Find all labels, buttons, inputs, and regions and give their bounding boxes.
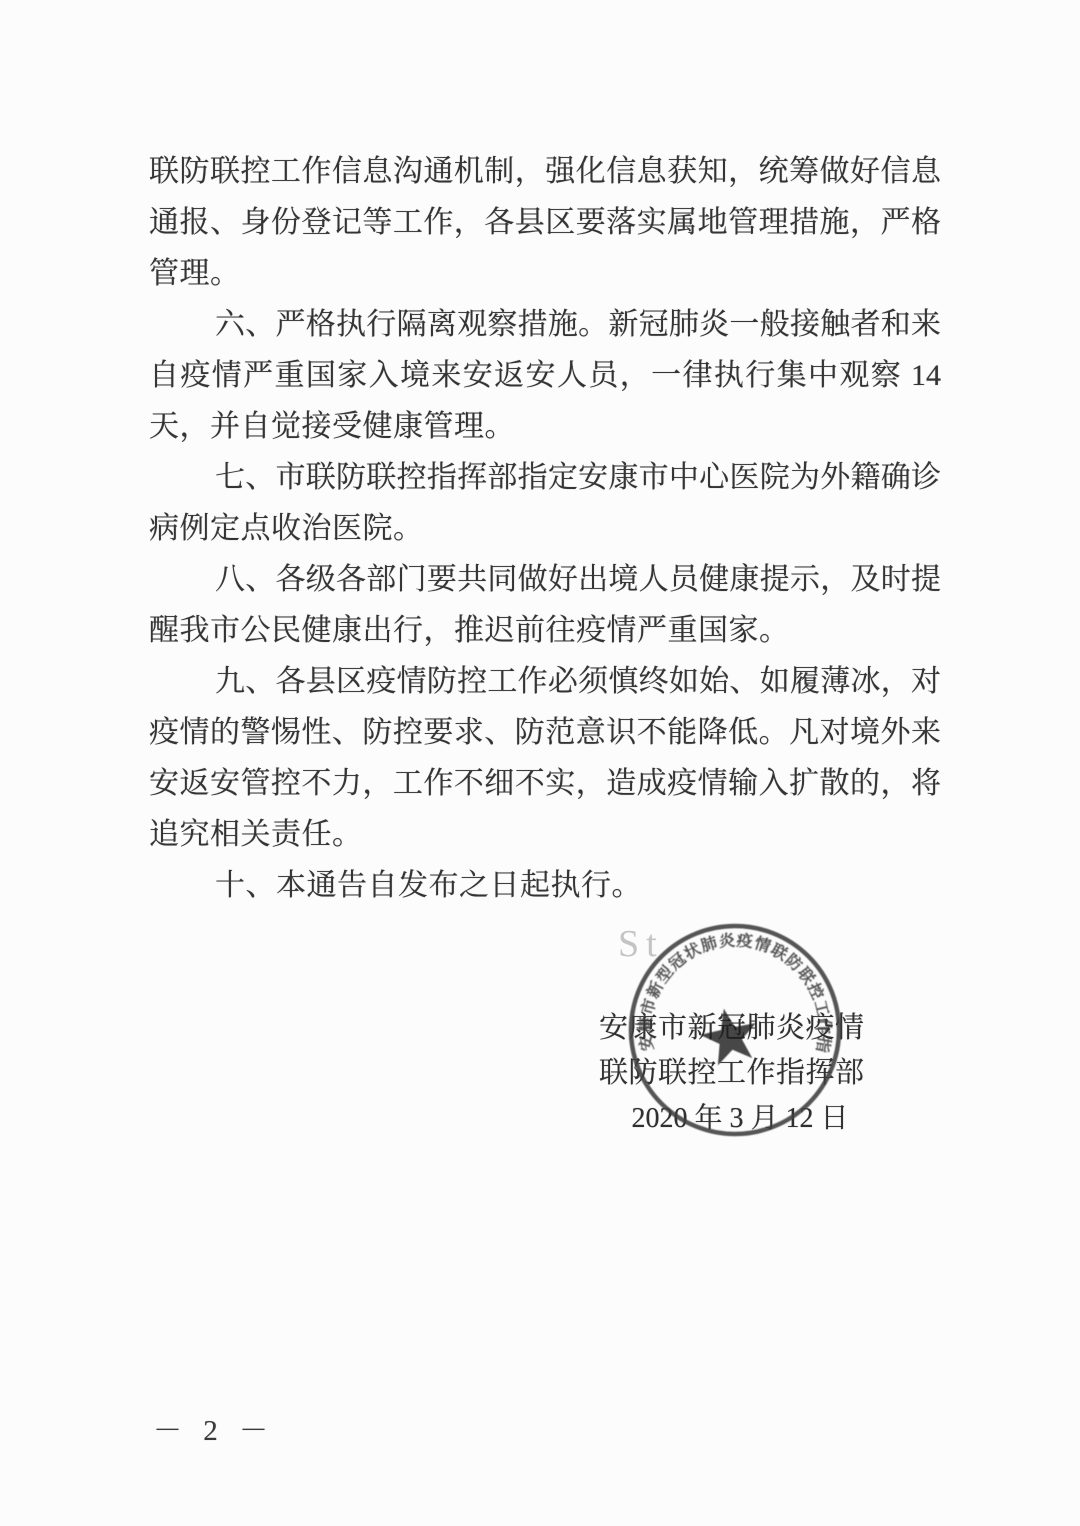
body-text-line: 天，并自觉接受健康管理。: [149, 401, 941, 452]
body-text-line: 安返安管控不力，工作不细不实，造成疫情输入扩散的，将: [149, 758, 941, 809]
body-text-line: 联防联控工作信息沟通机制，强化信息获知，统筹做好信息: [149, 146, 941, 197]
scanned-document-page: 联防联控工作信息沟通机制，强化信息获知，统筹做好信息通报、身份登记等工作，各县区…: [0, 0, 1080, 1526]
star-icon: [696, 1003, 763, 1068]
body-text-line: 七、市联防联控指挥部指定安康市中心医院为外籍确诊: [149, 452, 941, 503]
body-text-line: 疫情的警惕性、防控要求、防范意识不能降低。凡对境外来: [149, 707, 941, 758]
body-text-line: 十、本通告自发布之日起执行。: [149, 860, 941, 911]
body-text-line: 病例定点收治医院。: [149, 503, 941, 554]
body-text-line: 追究相关责任。: [149, 809, 941, 860]
body-text-line: 醒我市公民健康出行，推迟前往疫情严重国家。: [149, 605, 941, 656]
body-text-line: 六、严格执行隔离观察措施。新冠肺炎一般接触者和来: [149, 299, 941, 350]
body-text-line: 八、各级各部门要共同做好出境人员健康提示，及时提: [149, 554, 941, 605]
body-text: 联防联控工作信息沟通机制，强化信息获知，统筹做好信息通报、身份登记等工作，各县区…: [149, 146, 941, 911]
body-text-line: 通报、身份登记等工作，各县区要落实属地管理措施，严格: [149, 197, 941, 248]
page-number: － 2 －: [153, 1408, 275, 1449]
body-text-line: 管理。: [149, 248, 941, 299]
body-text-line: 九、各县区疫情防控工作必须慎终如始、如履薄冰，对: [149, 656, 941, 707]
body-text-line: 自疫情严重国家入境来安返安人员，一律执行集中观察 14: [149, 350, 941, 401]
official-stamp: 安康市新型冠状肺炎疫情联防联控工作指挥部: [623, 918, 847, 1146]
